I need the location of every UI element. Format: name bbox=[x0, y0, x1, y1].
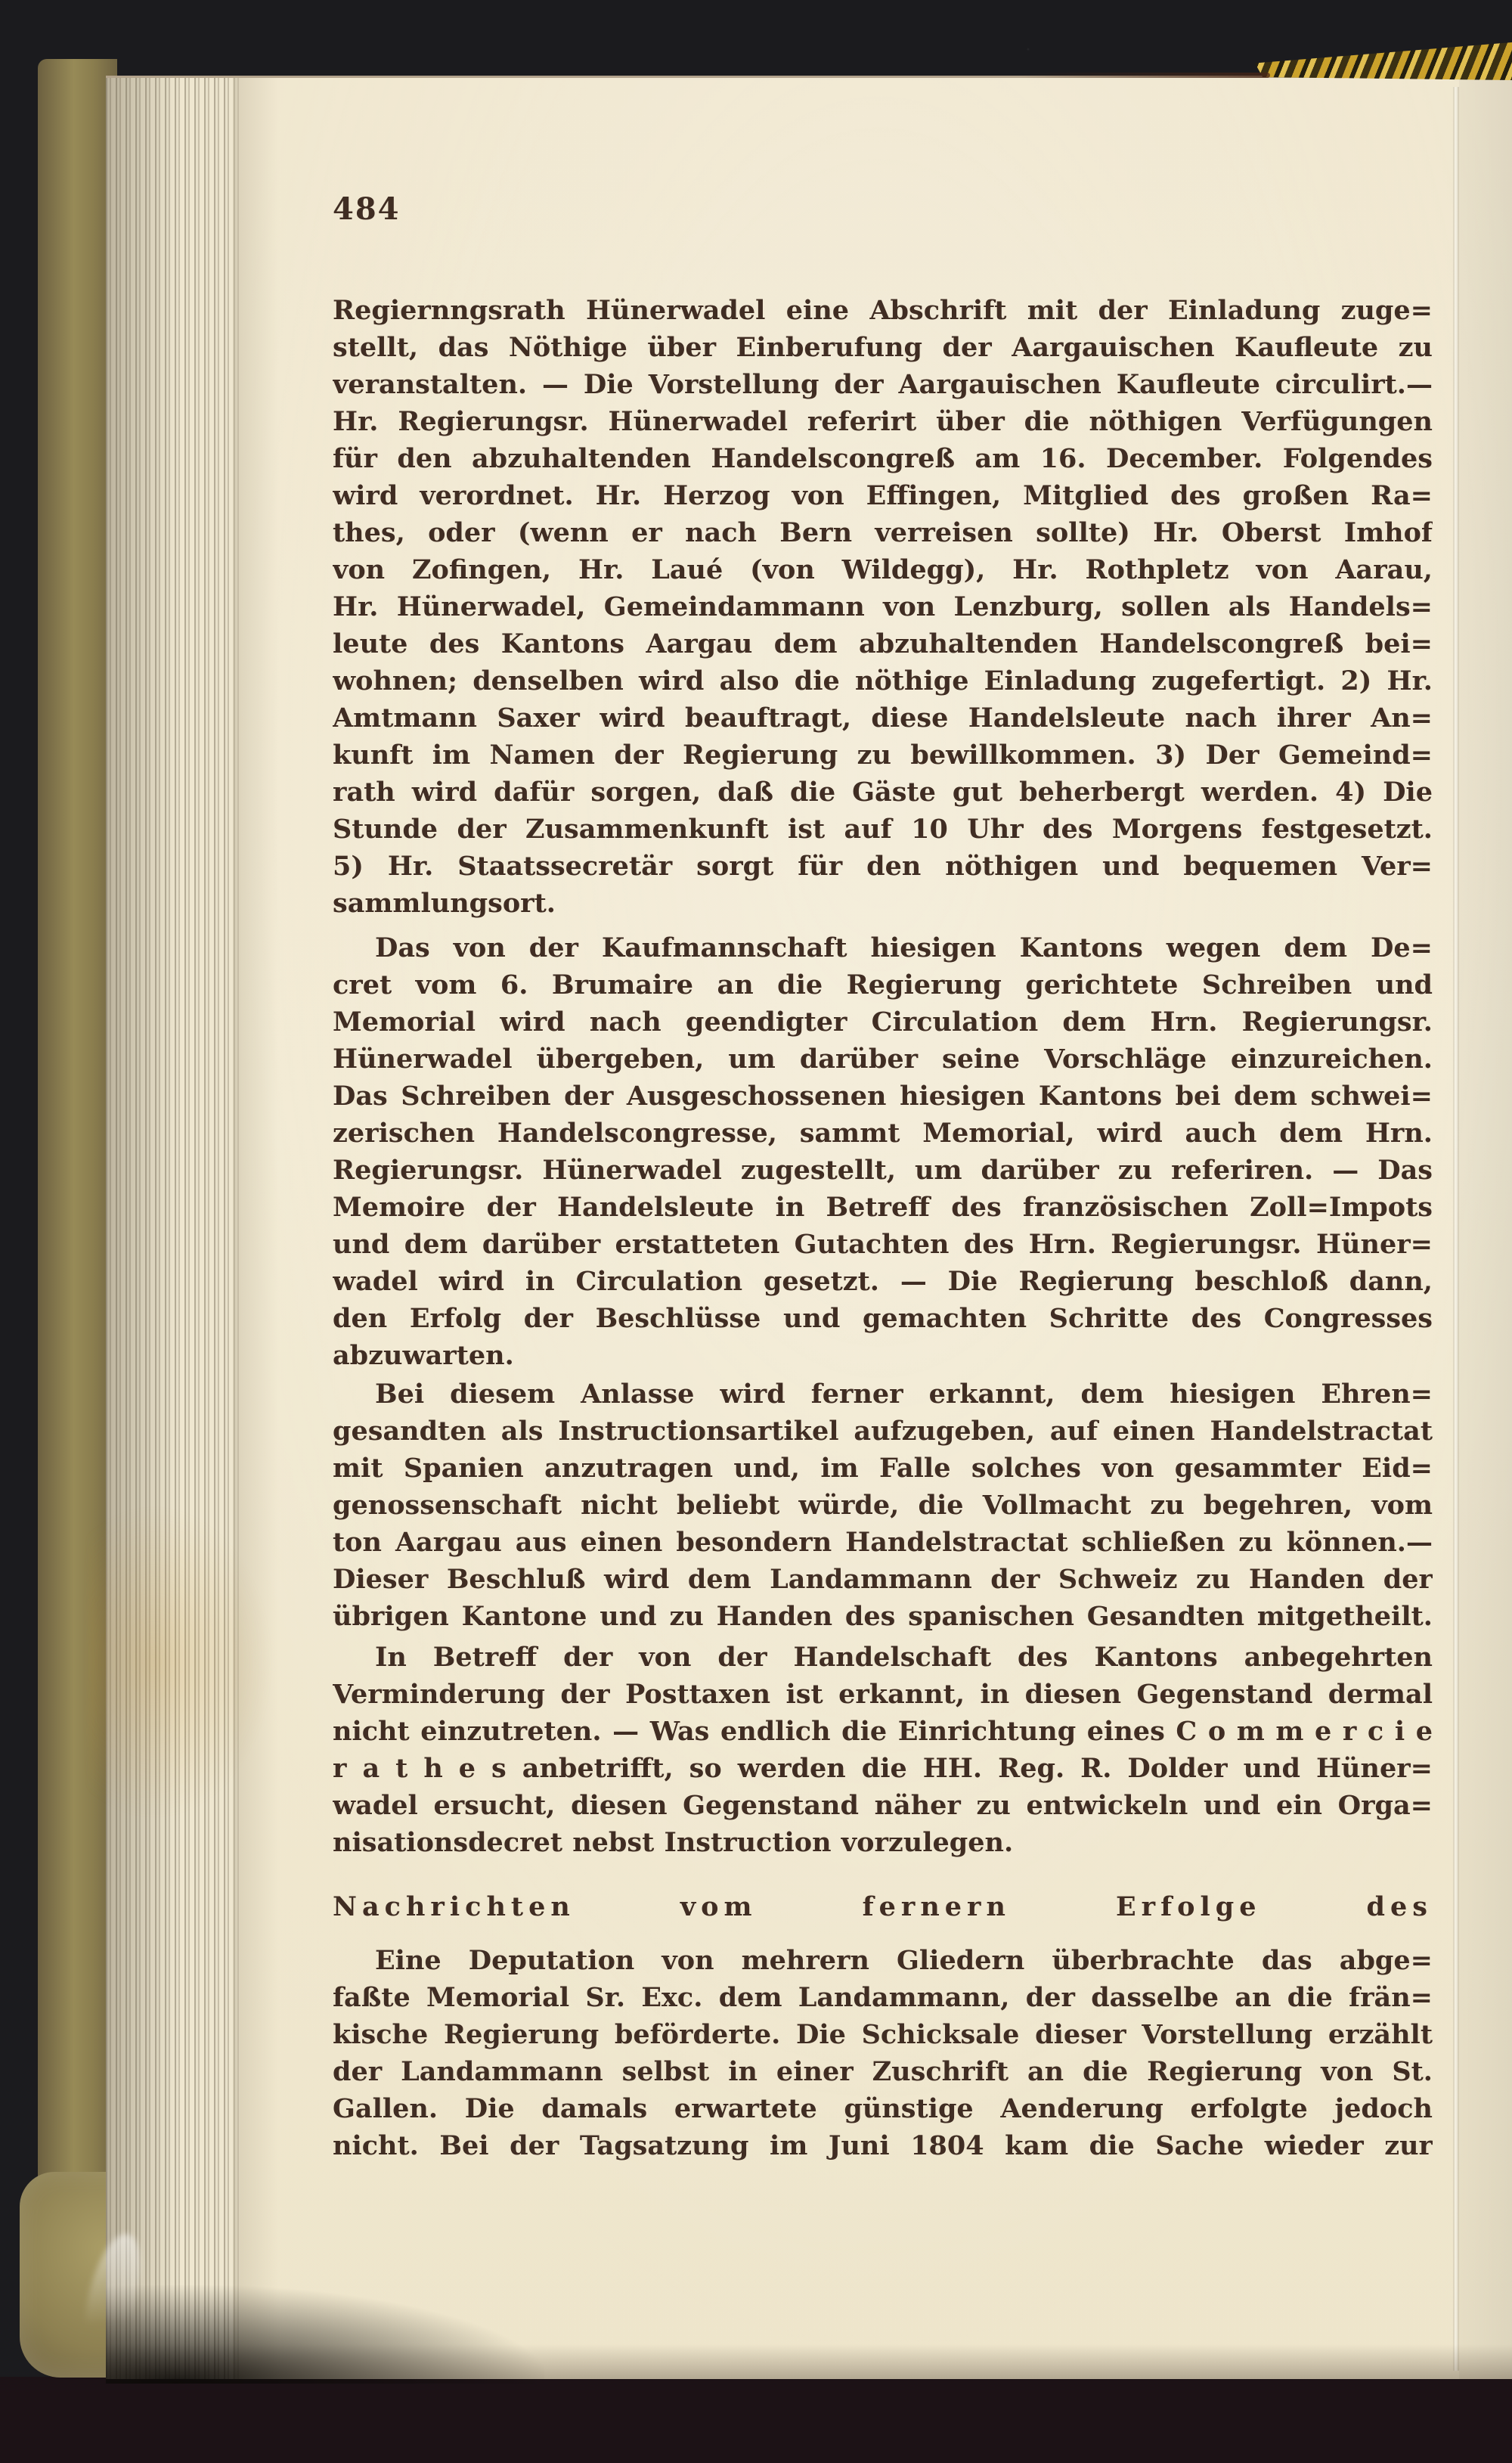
text-line: cret vom 6. Brumaire an die Regierung ge… bbox=[333, 966, 1433, 1004]
paragraph-1: Regiernngsrath Hünerwadel eine Abschrift… bbox=[333, 292, 1433, 922]
text-line: stellt, das Nöthige über Einberufung der… bbox=[333, 329, 1433, 366]
page-fore-edge-stack bbox=[106, 78, 240, 2379]
text-line: thes, oder (wenn er nach Bern verreisen … bbox=[333, 514, 1433, 551]
text-line: wird verordnet. Hr. Herzog von Effingen,… bbox=[333, 477, 1433, 514]
section-heading: Nachrichten vom fernern Erfolge des Hand… bbox=[333, 1888, 1433, 1925]
text-line: Hr. Hünerwadel, Gemeindammann von Lenzbu… bbox=[333, 588, 1433, 625]
text-line: und dem darüber erstatteten Gutachten de… bbox=[333, 1226, 1433, 1263]
text-line: nisationsdecret nebst Instruction vorzul… bbox=[333, 1824, 1433, 1861]
text-line: mit Spanien anzutragen und, im Falle sol… bbox=[333, 1450, 1433, 1487]
text-line: Das von der Kaufmannschaft hiesigen Kant… bbox=[333, 929, 1433, 966]
page-corner-shadow bbox=[106, 2285, 544, 2384]
text-line: den Erfolg der Beschlüsse und gemachten … bbox=[333, 1300, 1433, 1337]
text-line: In Betreff der von der Handelschaft des … bbox=[333, 1639, 1433, 1676]
text-line: Dieser Beschluß wird dem Landammann der … bbox=[333, 1561, 1433, 1598]
paragraph-4: In Betreff der von der Handelschaft des … bbox=[333, 1639, 1433, 1861]
text-line: leute des Kantons Aargau dem abzuhaltend… bbox=[333, 625, 1433, 662]
body-text-lower: Eine Deputation von mehrern Gliedern übe… bbox=[333, 1942, 1433, 2164]
page-number: 484 bbox=[333, 191, 1433, 229]
text-line: wadel ersucht, diesen Gegenstand näher z… bbox=[333, 1787, 1433, 1824]
page-fore-edge-fade bbox=[233, 78, 278, 2379]
text-line: Das Schreiben der Ausgeschossenen hiesig… bbox=[333, 1078, 1433, 1115]
paragraph-2: Das von der Kaufmannschaft hiesigen Kant… bbox=[333, 929, 1433, 1374]
text-line: übrigen Kantone und zu Handen des spanis… bbox=[333, 1598, 1433, 1635]
text-line: Memorial wird nach geendigter Circulatio… bbox=[333, 1004, 1433, 1041]
text-line: rath wird dafür sorgen, daß die Gäste gu… bbox=[333, 774, 1433, 811]
text-line: genossenschaft nicht beliebt würde, die … bbox=[333, 1487, 1433, 1524]
text-line: Regierungsr. Hünerwadel zugestellt, um d… bbox=[333, 1152, 1433, 1189]
text-line: für den abzuhaltenden Handelscongreß am … bbox=[333, 440, 1433, 477]
text-line: Hr. Regierungsr. Hünerwadel referirt übe… bbox=[333, 403, 1433, 440]
text-line: zerischen Handelscongresse, sammt Memori… bbox=[333, 1115, 1433, 1152]
text-line: abzuwarten. bbox=[333, 1337, 1433, 1374]
text-line: kunft im Namen der Regierung zu bewillko… bbox=[333, 737, 1433, 774]
text-line: Hünerwadel übergeben, um darüber seine V… bbox=[333, 1041, 1433, 1078]
text-line: 5) Hr. Staatssecretär sorgt für den nöth… bbox=[333, 848, 1433, 885]
text-line: faßte Memorial Sr. Exc. dem Landammann, … bbox=[333, 1979, 1433, 2016]
text-line: Amtmann Saxer wird beauftragt, diese Han… bbox=[333, 700, 1433, 737]
gilt-edge-tail bbox=[1021, 73, 1270, 78]
fold-crease bbox=[1453, 87, 1459, 2371]
text-line: r a t h e s anbetrifft, so werden die HH… bbox=[333, 1750, 1433, 1787]
text-line: der Landammann selbst in einer Zuschrift… bbox=[333, 2053, 1433, 2090]
text-line: Bei diesem Anlasse wird ferner erkannt, … bbox=[333, 1376, 1433, 1413]
page-content: 484 Regiernngsrath Hünerwadel eine Absch… bbox=[333, 191, 1433, 2164]
text-line: Stunde der Zusammenkunft ist auf 10 Uhr … bbox=[333, 811, 1433, 848]
text-line: Eine Deputation von mehrern Gliedern übe… bbox=[333, 1942, 1433, 1979]
text-line: Regiernngsrath Hünerwadel eine Abschrift… bbox=[333, 292, 1433, 329]
text-line: ton Aargau aus einen besondern Handelstr… bbox=[333, 1524, 1433, 1561]
text-line: nicht. Bei der Tagsatzung im Juni 1804 k… bbox=[333, 2127, 1433, 2164]
page-right-margin-shade bbox=[1459, 78, 1512, 2379]
body-text-upper: Regiernngsrath Hünerwadel eine Abschrift… bbox=[333, 292, 1433, 1861]
foxing-stain bbox=[88, 1500, 277, 1825]
text-line: Memoire der Handelsleute in Betreff des … bbox=[333, 1189, 1433, 1226]
text-line: wadel wird in Circulation gesetzt. — Die… bbox=[333, 1263, 1433, 1300]
scanned-book-photo: { "page": { "number": "484", "heading": … bbox=[0, 0, 1512, 2463]
text-line: kische Regierung beförderte. Die Schicks… bbox=[333, 2016, 1433, 2053]
text-line: Gallen. Die damals erwartete günstige Ae… bbox=[333, 2090, 1433, 2127]
paragraph-5: Eine Deputation von mehrern Gliedern übe… bbox=[333, 1942, 1433, 2164]
scanner-mat-bottom bbox=[0, 2377, 1512, 2463]
text-line: Verminderung der Posttaxen ist erkannt, … bbox=[333, 1676, 1433, 1713]
text-line: sammlungsort. bbox=[333, 885, 1433, 922]
text-line: wohnen; denselben wird also die nöthige … bbox=[333, 662, 1433, 700]
text-line: nicht einzutreten. — Was endlich die Ein… bbox=[333, 1713, 1433, 1750]
book-page: 484 Regiernngsrath Hünerwadel eine Absch… bbox=[106, 76, 1512, 2379]
paragraph-3: Bei diesem Anlasse wird ferner erkannt, … bbox=[333, 1376, 1433, 1635]
text-line: veranstalten. — Die Vorstellung der Aarg… bbox=[333, 366, 1433, 403]
text-line: gesandten als Instructionsartikel aufzug… bbox=[333, 1413, 1433, 1450]
text-line: von Zofingen, Hr. Laué (von Wildegg), Hr… bbox=[333, 551, 1433, 588]
